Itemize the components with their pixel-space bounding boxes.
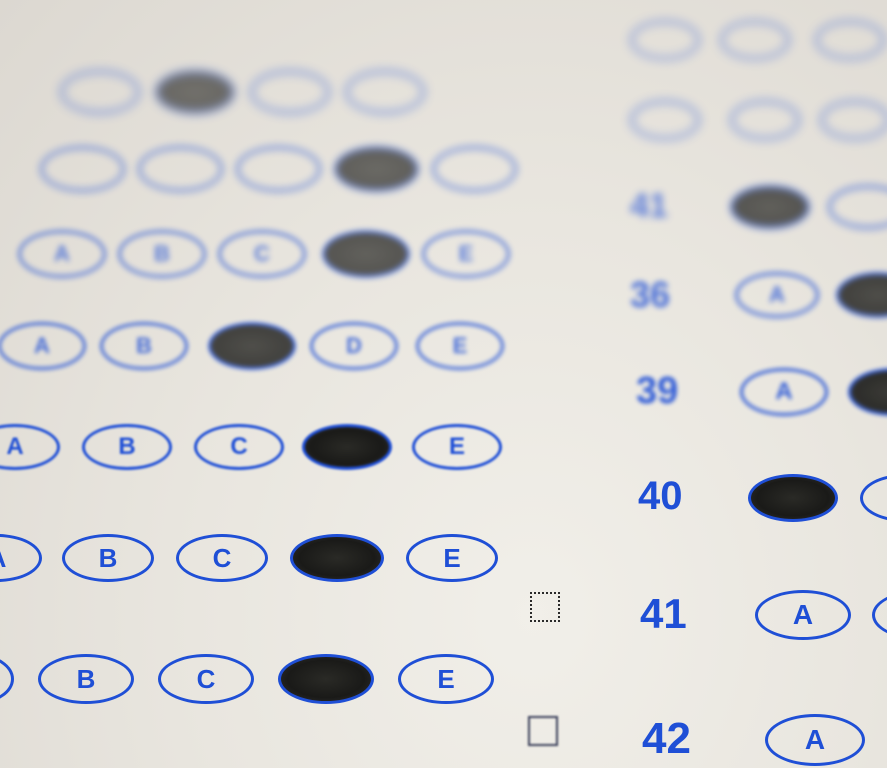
question-number: 40 xyxy=(638,474,683,519)
question-row xyxy=(0,100,887,160)
answer-row: B C E xyxy=(0,654,887,714)
bubble[interactable] xyxy=(720,20,790,60)
question-row: 41 A xyxy=(0,590,887,650)
bubble-b-filled[interactable] xyxy=(848,368,887,416)
bubble-b[interactable]: B xyxy=(62,534,154,582)
bubble-a[interactable]: A xyxy=(0,534,42,582)
bubble[interactable] xyxy=(630,20,700,60)
question-row: 39 A xyxy=(0,368,887,428)
answer-sheet: A B C E A B D E A B C E A B C E B C E xyxy=(0,0,887,768)
bubble-b[interactable]: B xyxy=(38,654,134,704)
bubble[interactable] xyxy=(630,100,700,140)
bubble-c[interactable]: C xyxy=(194,424,284,470)
bubble-c[interactable]: C xyxy=(158,654,254,704)
bubble-a[interactable]: A xyxy=(740,368,828,416)
question-number: 41 xyxy=(630,187,668,226)
bubble-a[interactable] xyxy=(0,654,14,704)
question-row xyxy=(0,20,887,80)
bubble-d-filled[interactable] xyxy=(290,534,384,582)
question-number: 39 xyxy=(636,370,678,413)
bubble-d-filled[interactable] xyxy=(278,654,374,704)
question-number: 42 xyxy=(642,714,691,764)
bubble-c[interactable]: C xyxy=(176,534,268,582)
bubble-b-filled[interactable] xyxy=(836,272,887,318)
bubble-a-filled[interactable] xyxy=(748,474,838,522)
bubble-b[interactable] xyxy=(860,474,887,522)
bubble-a[interactable]: A xyxy=(755,590,851,640)
bubble-filled[interactable] xyxy=(730,185,810,229)
bubble-e[interactable]: E xyxy=(412,424,502,470)
question-number: 36 xyxy=(630,274,670,316)
bubble[interactable] xyxy=(828,185,887,229)
question-number: 41 xyxy=(640,590,687,638)
bubble-a[interactable]: A xyxy=(0,424,60,470)
bubble[interactable] xyxy=(820,100,887,140)
bubble-b[interactable] xyxy=(872,590,887,640)
bubble-b[interactable]: B xyxy=(82,424,172,470)
question-row: 36 A xyxy=(0,272,887,332)
bubble-e[interactable]: E xyxy=(406,534,498,582)
question-row: 40 xyxy=(0,474,887,534)
bubble-a[interactable]: A xyxy=(765,714,865,766)
bubble[interactable] xyxy=(730,100,800,140)
bubble-d-filled[interactable] xyxy=(302,424,392,470)
question-row: 42 A xyxy=(0,714,887,768)
answer-row: A B C E xyxy=(0,534,887,594)
bubble-e[interactable]: E xyxy=(398,654,494,704)
question-row: 41 xyxy=(0,185,887,245)
bubble-a[interactable]: A xyxy=(735,272,819,318)
bubble[interactable] xyxy=(815,20,885,60)
